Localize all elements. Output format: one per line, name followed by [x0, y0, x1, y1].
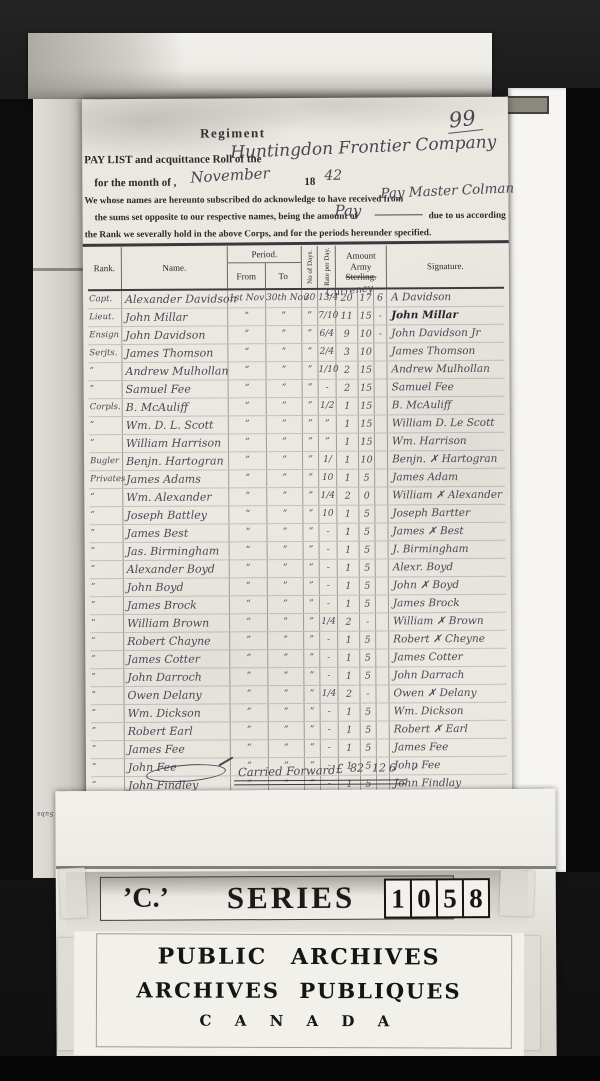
cell-name: Alexander Davidson: [122, 290, 228, 308]
cell-name: Wm. Alexander: [123, 488, 229, 506]
archives-title-fr: ARCHIVES PUBLIQUES: [74, 977, 524, 1004]
cell-amt-s: 15: [358, 308, 374, 325]
cell-sig: John Fee: [390, 757, 507, 775]
cell-amt-d: -: [374, 307, 387, 324]
cell-name: James Adams: [123, 470, 229, 488]
cell-rate: ”: [319, 416, 337, 433]
cell-sig: John ✗ Boyd: [389, 577, 506, 595]
cell-sig: John Davidson Jr: [387, 325, 504, 343]
cell-sig: William ✗ Brown: [389, 613, 506, 631]
series-word: SERIES: [227, 880, 355, 917]
cell-rate: 1/: [319, 452, 337, 469]
cell-amt-l: 2: [338, 614, 360, 631]
cell-from: ”: [230, 632, 268, 649]
cell-to: ”: [269, 740, 305, 757]
cell-from: ”: [229, 524, 267, 541]
cell-to: ”: [268, 650, 304, 667]
series-digit: 5: [436, 878, 464, 918]
cell-rate: 1/4: [319, 488, 337, 505]
cell-sig: John Darrach: [389, 667, 506, 685]
cell-sig: John Millar: [387, 307, 504, 325]
col-header-rate: Rate per Day.: [318, 246, 336, 288]
col-header-name-label: Name.: [162, 263, 186, 273]
cell-days: ”: [305, 740, 321, 757]
cell-to: ”: [267, 380, 303, 397]
cell-amt-d: [375, 523, 388, 540]
cell-sig: William ✗ Alexander: [388, 487, 505, 505]
cell-rank: ”: [90, 543, 124, 560]
cell-days: 30: [302, 290, 318, 307]
cell-rank: Privates: [89, 471, 123, 488]
header-year-printed: 18: [304, 176, 315, 188]
cell-rate: 1/4: [320, 686, 338, 703]
film-dark-band-left: [0, 99, 33, 880]
cell-rate: -: [319, 524, 337, 541]
cell-amt-l: 1: [338, 578, 360, 595]
cell-rank: ”: [88, 363, 122, 380]
cell-amt-l: 1: [339, 704, 361, 721]
cell-to: ”: [266, 308, 302, 325]
series-number: 1058: [386, 878, 490, 918]
cell-amt-d: [375, 397, 388, 414]
cell-days: ”: [305, 704, 321, 721]
cell-amt-d: [377, 739, 390, 756]
cell-name: B. McAuliff: [123, 398, 229, 416]
cell-sig: Andrew Mulhollan: [387, 361, 504, 379]
period-subheaders: From To: [228, 263, 301, 288]
cell-sig: Benjn. ✗ Hartogran: [388, 451, 505, 469]
header-month-written: November: [190, 164, 270, 187]
cell-rank: Bugler: [89, 453, 123, 470]
page-edge-right-strip: [508, 88, 566, 872]
cell-amt-d: [377, 721, 390, 738]
cell-amt-d: [376, 613, 389, 630]
cell-amt-l: 1: [338, 596, 360, 613]
cell-amt-l: 1: [338, 560, 360, 577]
cell-name: William Harrison: [123, 434, 229, 452]
cell-amt-d: [376, 541, 389, 558]
cell-sig: Joseph Bartter: [388, 505, 505, 523]
cell-amt-s: 15: [359, 416, 375, 433]
cell-amt-d: [375, 469, 388, 486]
cell-rank: Ensign: [88, 327, 122, 344]
col-header-name: Name.: [122, 246, 228, 289]
cell-amt-l: 2: [338, 686, 360, 703]
cell-amt-d: [374, 361, 387, 378]
header-paymaster-written: Pay Master Colman: [380, 180, 514, 201]
cell-sig: Samuel Fee: [388, 379, 505, 397]
cell-rank: ”: [89, 507, 123, 524]
cell-rate: 1/4: [320, 614, 338, 631]
cell-days: ”: [303, 524, 319, 541]
cell-rate: 1/10: [318, 362, 336, 379]
cell-amt-d: [376, 685, 389, 702]
cell-to: ”: [267, 452, 303, 469]
cell-rate: 7/10: [318, 308, 336, 325]
cell-days: ”: [303, 380, 319, 397]
cell-days: ”: [303, 452, 319, 469]
cell-days: ”: [302, 308, 318, 325]
label-backing-fold: [56, 866, 556, 869]
cell-to: ”: [268, 668, 304, 685]
col-header-period: Period.: [228, 246, 301, 263]
cell-name: Joseph Battley: [123, 506, 229, 524]
cell-rate: -: [320, 542, 338, 559]
cell-amt-d: [376, 595, 389, 612]
cell-amt-l: 1: [337, 506, 359, 523]
cell-name: John Darroch: [124, 668, 230, 686]
pay-list-document: Regiment 99 PAY LIST and acquittance Rol…: [82, 97, 512, 804]
cell-rate: ”: [319, 434, 337, 451]
cell-from: ”: [230, 542, 268, 559]
cell-name: James Thomson: [122, 344, 228, 362]
cell-amt-s: 15: [358, 362, 374, 379]
col-header-from-label: From: [236, 271, 256, 281]
cell-to: ”: [268, 542, 304, 559]
cell-from: ”: [228, 344, 266, 361]
cell-from: ”: [228, 326, 266, 343]
cell-sig: James ✗ Best: [388, 523, 505, 541]
cell-amt-s: 0: [359, 488, 375, 505]
col-header-rank-label: Rank.: [94, 263, 115, 273]
cell-sig: A Davidson: [387, 289, 504, 307]
cell-name: James Best: [123, 524, 229, 542]
cell-amt-l: 1: [337, 398, 359, 415]
cell-days: ”: [303, 416, 319, 433]
cell-rank: ”: [91, 759, 125, 776]
film-bottom-band: [0, 1056, 600, 1081]
series-digit: 8: [462, 878, 490, 918]
cell-amt-l: 1: [339, 740, 361, 757]
cell-from: ”: [231, 704, 269, 721]
cell-to: ”: [268, 686, 304, 703]
cell-amt-s: 15: [359, 380, 375, 397]
cell-sig: William D. Le Scott: [388, 415, 505, 433]
cell-name: John Boyd: [124, 578, 230, 596]
cell-rank: ”: [89, 435, 123, 452]
cell-rate: 10: [319, 506, 337, 523]
table-header: Rank. Name. Period. From To: [88, 245, 504, 292]
archives-card: PUBLIC ARCHIVES ARCHIVES PUBLIQUES C A N…: [74, 931, 524, 1057]
cell-sig: Robert ✗ Cheyne: [389, 631, 506, 649]
total-double-underline: [234, 779, 406, 785]
cell-amt-d: [375, 487, 388, 504]
cell-to: ”: [267, 524, 303, 541]
cell-days: ”: [303, 488, 319, 505]
cell-days: ”: [303, 434, 319, 451]
cell-days: ”: [304, 542, 320, 559]
cell-amt-s: 5: [360, 650, 376, 667]
cell-from: ”: [229, 452, 267, 469]
cell-amt-l: 1: [337, 416, 359, 433]
cell-to: ”: [266, 344, 302, 361]
total-currency-symbol: £: [336, 762, 344, 776]
cell-rate: -: [319, 380, 337, 397]
cell-amt-d: -: [374, 325, 387, 342]
cell-amt-s: 10: [358, 326, 374, 343]
cell-amt-l: 1: [337, 470, 359, 487]
film-dark-band-right: [566, 88, 600, 872]
microfilm-scan: { "film": { "page_number": "99", "left_s…: [0, 0, 600, 1081]
cell-sig: Wm. Harrison: [388, 433, 505, 451]
cell-rank: Lieut.: [88, 309, 122, 326]
cell-name: Andrew Mulhollan: [122, 362, 228, 380]
cell-from: ”: [228, 308, 266, 325]
col-header-signature-label: Signature.: [427, 261, 464, 271]
tape-piece: [59, 867, 88, 918]
cell-from: 1st Nov: [228, 290, 266, 307]
total-checkmark: ✓: [410, 763, 418, 774]
header-pay-written: Pay: [334, 202, 361, 220]
cell-rate: -: [320, 668, 338, 685]
cell-sig: James Adam: [388, 469, 505, 487]
cell-name: John Davidson: [122, 326, 228, 344]
col-header-period-group: Period. From To: [228, 246, 302, 288]
cell-amt-d: 6: [374, 289, 387, 306]
cell-amt-s: 5: [361, 704, 377, 721]
cell-amt-s: 5: [360, 596, 376, 613]
cell-rate: -: [321, 722, 339, 739]
archives-title-en: PUBLIC ARCHIVES: [74, 943, 524, 971]
cell-to: ”: [267, 506, 303, 523]
cell-days: ”: [303, 470, 319, 487]
total-label: Carried Forward: [238, 763, 336, 779]
cell-from: ”: [230, 668, 268, 685]
regiment-heading: Regiment: [200, 125, 266, 141]
cell-rank: Corpls.: [89, 399, 123, 416]
cell-from: ”: [230, 614, 268, 631]
col-header-days-label: No of Days.: [305, 250, 313, 284]
page-edge-top-strip: [28, 33, 492, 99]
cell-from: ”: [230, 596, 268, 613]
cell-rate: -: [320, 650, 338, 667]
cell-amt-s: 5: [360, 542, 376, 559]
cell-amt-l: 1: [338, 668, 360, 685]
total-pence: 6: [389, 761, 396, 774]
cell-from: ”: [229, 488, 267, 505]
cell-rank: Serjts.: [88, 345, 122, 362]
cell-rank: ”: [90, 669, 124, 686]
cell-rank: ”: [89, 417, 123, 434]
cell-days: ”: [302, 344, 318, 361]
cell-rank: ”: [90, 561, 124, 578]
cell-amt-d: [375, 451, 388, 468]
cell-name: Robert Earl: [125, 722, 231, 740]
cell-rate: 10: [319, 470, 337, 487]
cell-amt-s: 10: [358, 344, 374, 361]
cell-amt-d: [376, 649, 389, 666]
col-header-days: No of Days.: [302, 246, 318, 288]
cell-rate: 1/2: [319, 398, 337, 415]
cell-amt-l: 2: [336, 362, 358, 379]
cell-days: ”: [304, 668, 320, 685]
cell-days: ”: [302, 326, 318, 343]
cell-from: ”: [229, 470, 267, 487]
cell-rank: ”: [89, 525, 123, 542]
cell-from: ”: [229, 380, 267, 397]
cell-days: ”: [305, 722, 321, 739]
cell-amt-s: 5: [359, 470, 375, 487]
cell-rate: 2/4: [318, 344, 336, 361]
cell-amt-d: [376, 559, 389, 576]
cell-amt-s: 5: [360, 632, 376, 649]
cell-days: ”: [304, 614, 320, 631]
cell-amt-s: 5: [359, 506, 375, 523]
series-letter: ’C.’: [123, 883, 169, 915]
cell-rate: 6/4: [318, 326, 336, 343]
cell-amt-s: 5: [361, 740, 377, 757]
cell-rate: -: [320, 560, 338, 577]
cell-to: ”: [269, 704, 305, 721]
cell-name: Alexander Boyd: [124, 560, 230, 578]
cell-amt-d: [375, 433, 388, 450]
cell-rank: ”: [90, 615, 124, 632]
total-shillings: 12: [372, 761, 386, 774]
cell-name: Robert Chayne: [124, 632, 230, 650]
cell-rank: Capt.: [88, 291, 122, 308]
cell-amt-d: [375, 505, 388, 522]
cell-amt-l: 1: [338, 542, 360, 559]
series-card: ’C.’ SERIES 1058: [66, 870, 528, 934]
cell-amt-d: [376, 631, 389, 648]
cell-name: Benjn. Hartogran: [123, 452, 229, 470]
total-pounds: 82: [350, 762, 364, 775]
cell-to: 30th Nov: [266, 290, 302, 307]
header-line1-written: Huntingdon Frontier Company: [230, 132, 497, 163]
cell-days: ”: [302, 362, 318, 379]
cell-days: ”: [304, 578, 320, 595]
cell-rank: ”: [91, 705, 125, 722]
film-frame-mark: [505, 96, 549, 114]
cell-rank: ”: [91, 723, 125, 740]
cell-amt-s: 5: [360, 560, 376, 577]
cell-to: ”: [268, 614, 304, 631]
header-line4-printed: the sums set opposite to our respective …: [95, 212, 358, 224]
cell-amt-d: [376, 667, 389, 684]
header-line2-printed: for the month of ,: [94, 177, 176, 190]
cell-rate: -: [321, 740, 339, 757]
cell-amt-s: 10: [359, 452, 375, 469]
col-header-from: From: [228, 263, 266, 288]
cell-name: Wm. D. L. Scott: [123, 416, 229, 434]
cell-rank: ”: [90, 687, 124, 704]
cell-amt-s: 5: [360, 668, 376, 685]
cell-amt-l: 3: [336, 344, 358, 361]
col-header-to: To: [265, 263, 301, 288]
series-digit: 1: [384, 878, 412, 918]
cell-amt-d: [377, 703, 390, 720]
archives-country: C A N A D A: [74, 1011, 524, 1031]
cell-rank: ”: [91, 741, 125, 758]
handwritten-dash: [375, 214, 423, 215]
cell-sig: Alexr. Boyd: [389, 559, 506, 577]
cell-from: ”: [230, 686, 268, 703]
col-header-to-label: To: [278, 271, 287, 281]
cell-to: ”: [267, 488, 303, 505]
cell-sig: James Cotter: [389, 649, 506, 667]
cell-from: ”: [231, 740, 269, 757]
cell-rank: ”: [90, 597, 124, 614]
tape-piece: [499, 869, 535, 916]
cell-amt-l: 9: [336, 326, 358, 343]
col-header-signature: Signature.: [387, 245, 504, 288]
cell-rate: -: [320, 632, 338, 649]
cell-sig: James Fee: [390, 739, 507, 757]
cell-days: ”: [304, 596, 320, 613]
cell-sig: Robert ✗ Earl: [390, 721, 507, 739]
cell-from: ”: [229, 398, 267, 415]
cell-to: ”: [266, 326, 302, 343]
cell-amt-l: 1: [338, 650, 360, 667]
cell-to: ”: [266, 362, 302, 379]
cell-amt-l: 1: [337, 452, 359, 469]
cell-name: John Millar: [122, 308, 228, 326]
amount-header-line2: Sterling.: [346, 272, 377, 283]
cell-sig: James Thomson: [387, 343, 504, 361]
cell-amt-s: 15: [359, 434, 375, 451]
cell-sig: Wm. Dickson: [390, 703, 507, 721]
table-rows: Capt.Alexander Davidson1st Nov30th Nov30…: [88, 289, 507, 796]
cell-amt-s: 15: [359, 398, 375, 415]
col-header-period-label: Period.: [251, 249, 277, 259]
cell-amt-l: 1: [337, 524, 359, 541]
cell-amt-d: [375, 379, 388, 396]
series-digit: 0: [410, 878, 438, 918]
cell-to: ”: [267, 398, 303, 415]
cell-rank: ”: [89, 381, 123, 398]
cell-to: ”: [267, 434, 303, 451]
cell-to: ”: [268, 578, 304, 595]
amount-header-line1: Amount Army: [336, 251, 386, 272]
cell-rank: ”: [90, 651, 124, 668]
cell-rate: -: [320, 596, 338, 613]
cell-name: Jas. Birmingham: [124, 542, 230, 560]
cell-rate: -: [320, 578, 338, 595]
cell-amt-l: 2: [337, 380, 359, 397]
cell-sig: Owen ✗ Delany: [389, 685, 506, 703]
col-header-rate-label: Rate per Day.: [322, 248, 330, 286]
cell-amt-l: 1: [339, 722, 361, 739]
cell-amt-d: [375, 415, 388, 432]
cell-days: ”: [304, 560, 320, 577]
cell-amt-s: -: [360, 686, 376, 703]
cell-amt-l: 1: [338, 632, 360, 649]
pay-table: Rank. Name. Period. From To: [88, 245, 507, 796]
col-header-rank: Rank.: [88, 247, 122, 289]
cell-from: ”: [230, 650, 268, 667]
cell-name: William Brown: [124, 614, 230, 632]
cell-to: ”: [269, 722, 305, 739]
header-year-written: 42: [324, 168, 342, 184]
cell-from: ”: [230, 560, 268, 577]
cell-amt-s: -: [360, 614, 376, 631]
cell-name: Samuel Fee: [123, 380, 229, 398]
cell-amt-s: 5: [359, 524, 375, 541]
cell-to: ”: [268, 560, 304, 577]
cell-from: ”: [229, 416, 267, 433]
cell-to: ”: [268, 632, 304, 649]
cell-rank: ”: [90, 579, 124, 596]
cell-name: Wm. Dickson: [125, 704, 231, 722]
cell-to: ”: [268, 596, 304, 613]
cell-sig: J. Birmingham: [389, 541, 506, 559]
cell-name: James Fee: [125, 740, 231, 758]
cell-days: ”: [303, 398, 319, 415]
cell-from: ”: [229, 434, 267, 451]
cell-amt-l: 1: [337, 434, 359, 451]
cell-name: Owen Delany: [124, 686, 230, 704]
cell-days: ”: [304, 632, 320, 649]
